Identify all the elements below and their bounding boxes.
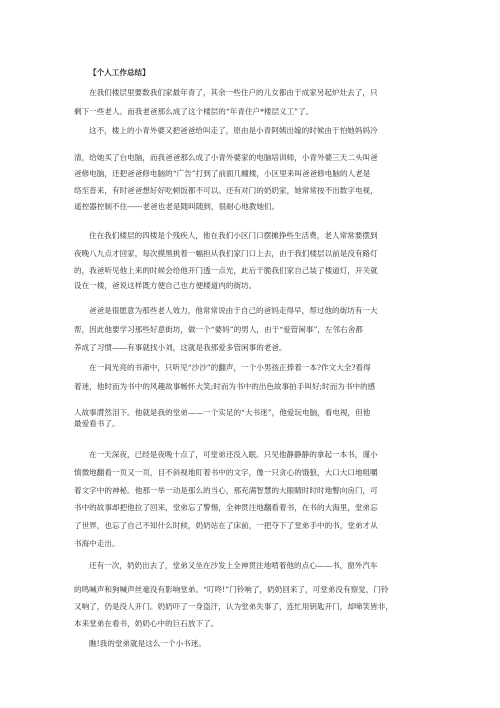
paragraph-line: 慎微地翻看一页又一页，目不斜视地盯着书中的文字，像一只贪心的饿狼，大口大口地咀嚼: [74, 468, 378, 478]
paragraph-line: 又响了，仍是没人开门。奶奶吓了一身盗汗，认为堂弟失事了，连忙用钥匙开门，却啼笑皆…: [74, 602, 393, 612]
paragraph-line: 着迷，他时而为书中的风趣故事畅怀大笑;时而为书中的出色故事拍手叫好;时而为书中的…: [74, 382, 375, 392]
paragraph-line: 人故事潸然泪下。他就是我的堂弟——一个实足的“大书迷”，他爱玩电脑，看电视，但他: [74, 408, 370, 418]
paragraph-line: 设在一楼，爸说这样既方便自己也方便楼道内的街坊。: [74, 281, 256, 291]
paragraph-line: 在我们楼层里要数我们家最年青了，其余一些住户的儿女都由于成家另起炉灶去了，只: [89, 88, 378, 98]
paragraph-line: 还有一次，奶奶出去了，堂弟又坐在沙发上全神贯注地啃着他的点心——书，窗外汽车: [89, 561, 378, 571]
paragraph-line: 爸修电脑，还把爸爸修电脑的“广告”打到了前面几幢楼，小区里来叫爸爸修电脑的人老是: [74, 169, 370, 179]
paragraph-line: 养成了习惯——有事就找小刘，这就是我那爱多管闲事的老爸。: [74, 343, 287, 353]
paragraph-line: 清，给她买了台电脑，而我爸爸那么成了小青外婆家的电脑培训师，小青外婆三天二头叫爸: [74, 153, 378, 163]
document-title: 【个人工作总结】: [89, 68, 150, 78]
paragraph-line: 最爱看书了。: [74, 419, 120, 429]
paragraph-line: 的鸣喊声和狗喊声丝毫没有影响堂弟。“叮咚!”门铃响了，奶奶回来了，可堂弟没有察觉…: [74, 585, 389, 595]
paragraph-line: 在一间光亮的书斋中，只听见“沙沙”的翻声，一个小男孩正捧着一本?作文大全?看得: [89, 363, 371, 373]
paragraph-line: 帮，因此他要学习那些好意街坊，做一个“婆妈”的男人，由于“爱管闲事”，左邻右舍都: [74, 325, 363, 335]
paragraph-line: 书中的故事却把他拉了回来，堂弟忘了警惕，全神贯注地翻看着书，在书的大海里，堂弟忘: [74, 503, 378, 513]
paragraph-line: 瞧!我的堂弟就是这么一个小书迷。: [89, 639, 206, 649]
paragraph-line: 住在我们楼层的四楼是个残疾人，他在我们小区门口摆摊挣些生活费，老人常常要摆到: [89, 231, 378, 241]
paragraph-line: 了世界，也忘了自己不知什么时候，奶奶站在了床前，一把夺下了堂弟手中的书，堂弟才从: [74, 521, 378, 531]
paragraph-line: 遥控器控制不住------老爸也老是随叫随到，很耐心地教她们。: [74, 202, 279, 212]
paragraph-line: 在一天深夜，已经是夜晚十点了，可堂弟还没入眠。只见他静静静的拿起一本书，谨小: [89, 450, 378, 460]
paragraph-line: 本来堂弟在看书，奶奶心中的巨石放下了。: [74, 619, 218, 629]
paragraph-line: 书海中走出。: [74, 539, 120, 549]
paragraph-line: 夜晚八九点才回家，每次摸黑挑着一幅担从我们家门口上去，由于我们楼层以前是没有路灯: [74, 249, 378, 259]
paragraph-line: 着文字中的神秘。他那一举一动是那么的当心，那充满智慧的大眼睛时时时地瞥向房门，可: [74, 486, 378, 496]
paragraph-line: 这不，楼上的小青外婆又把爸爸给叫走了，原由是小青阿姨出嫁的时候由于怕她妈妈冷: [89, 126, 378, 136]
paragraph-line: 爸爸是很愿意为那些老人效力，他常常说由于自己的爸妈走得早，帮过他的街坊有一大: [89, 306, 378, 316]
paragraph-line: 络至沓来，有时爸爸想好好吃顿饭都不可以。还有对门的奶奶家，她常常按不出数字电视，: [74, 186, 378, 196]
document-page: 【个人工作总结】 在我们楼层里要数我们家最年青了，其余一些住户的儿女都由于成家另…: [0, 0, 500, 708]
paragraph-line: 的，我爸听见他上来的时候会给他开门透一点光，此后干脆我们家自己装了楼道灯，开关就: [74, 266, 378, 276]
paragraph-line: 剩下一些老人。而我老爸那么成了这个楼层的“年青住户*楼层义工”了。: [74, 107, 313, 117]
